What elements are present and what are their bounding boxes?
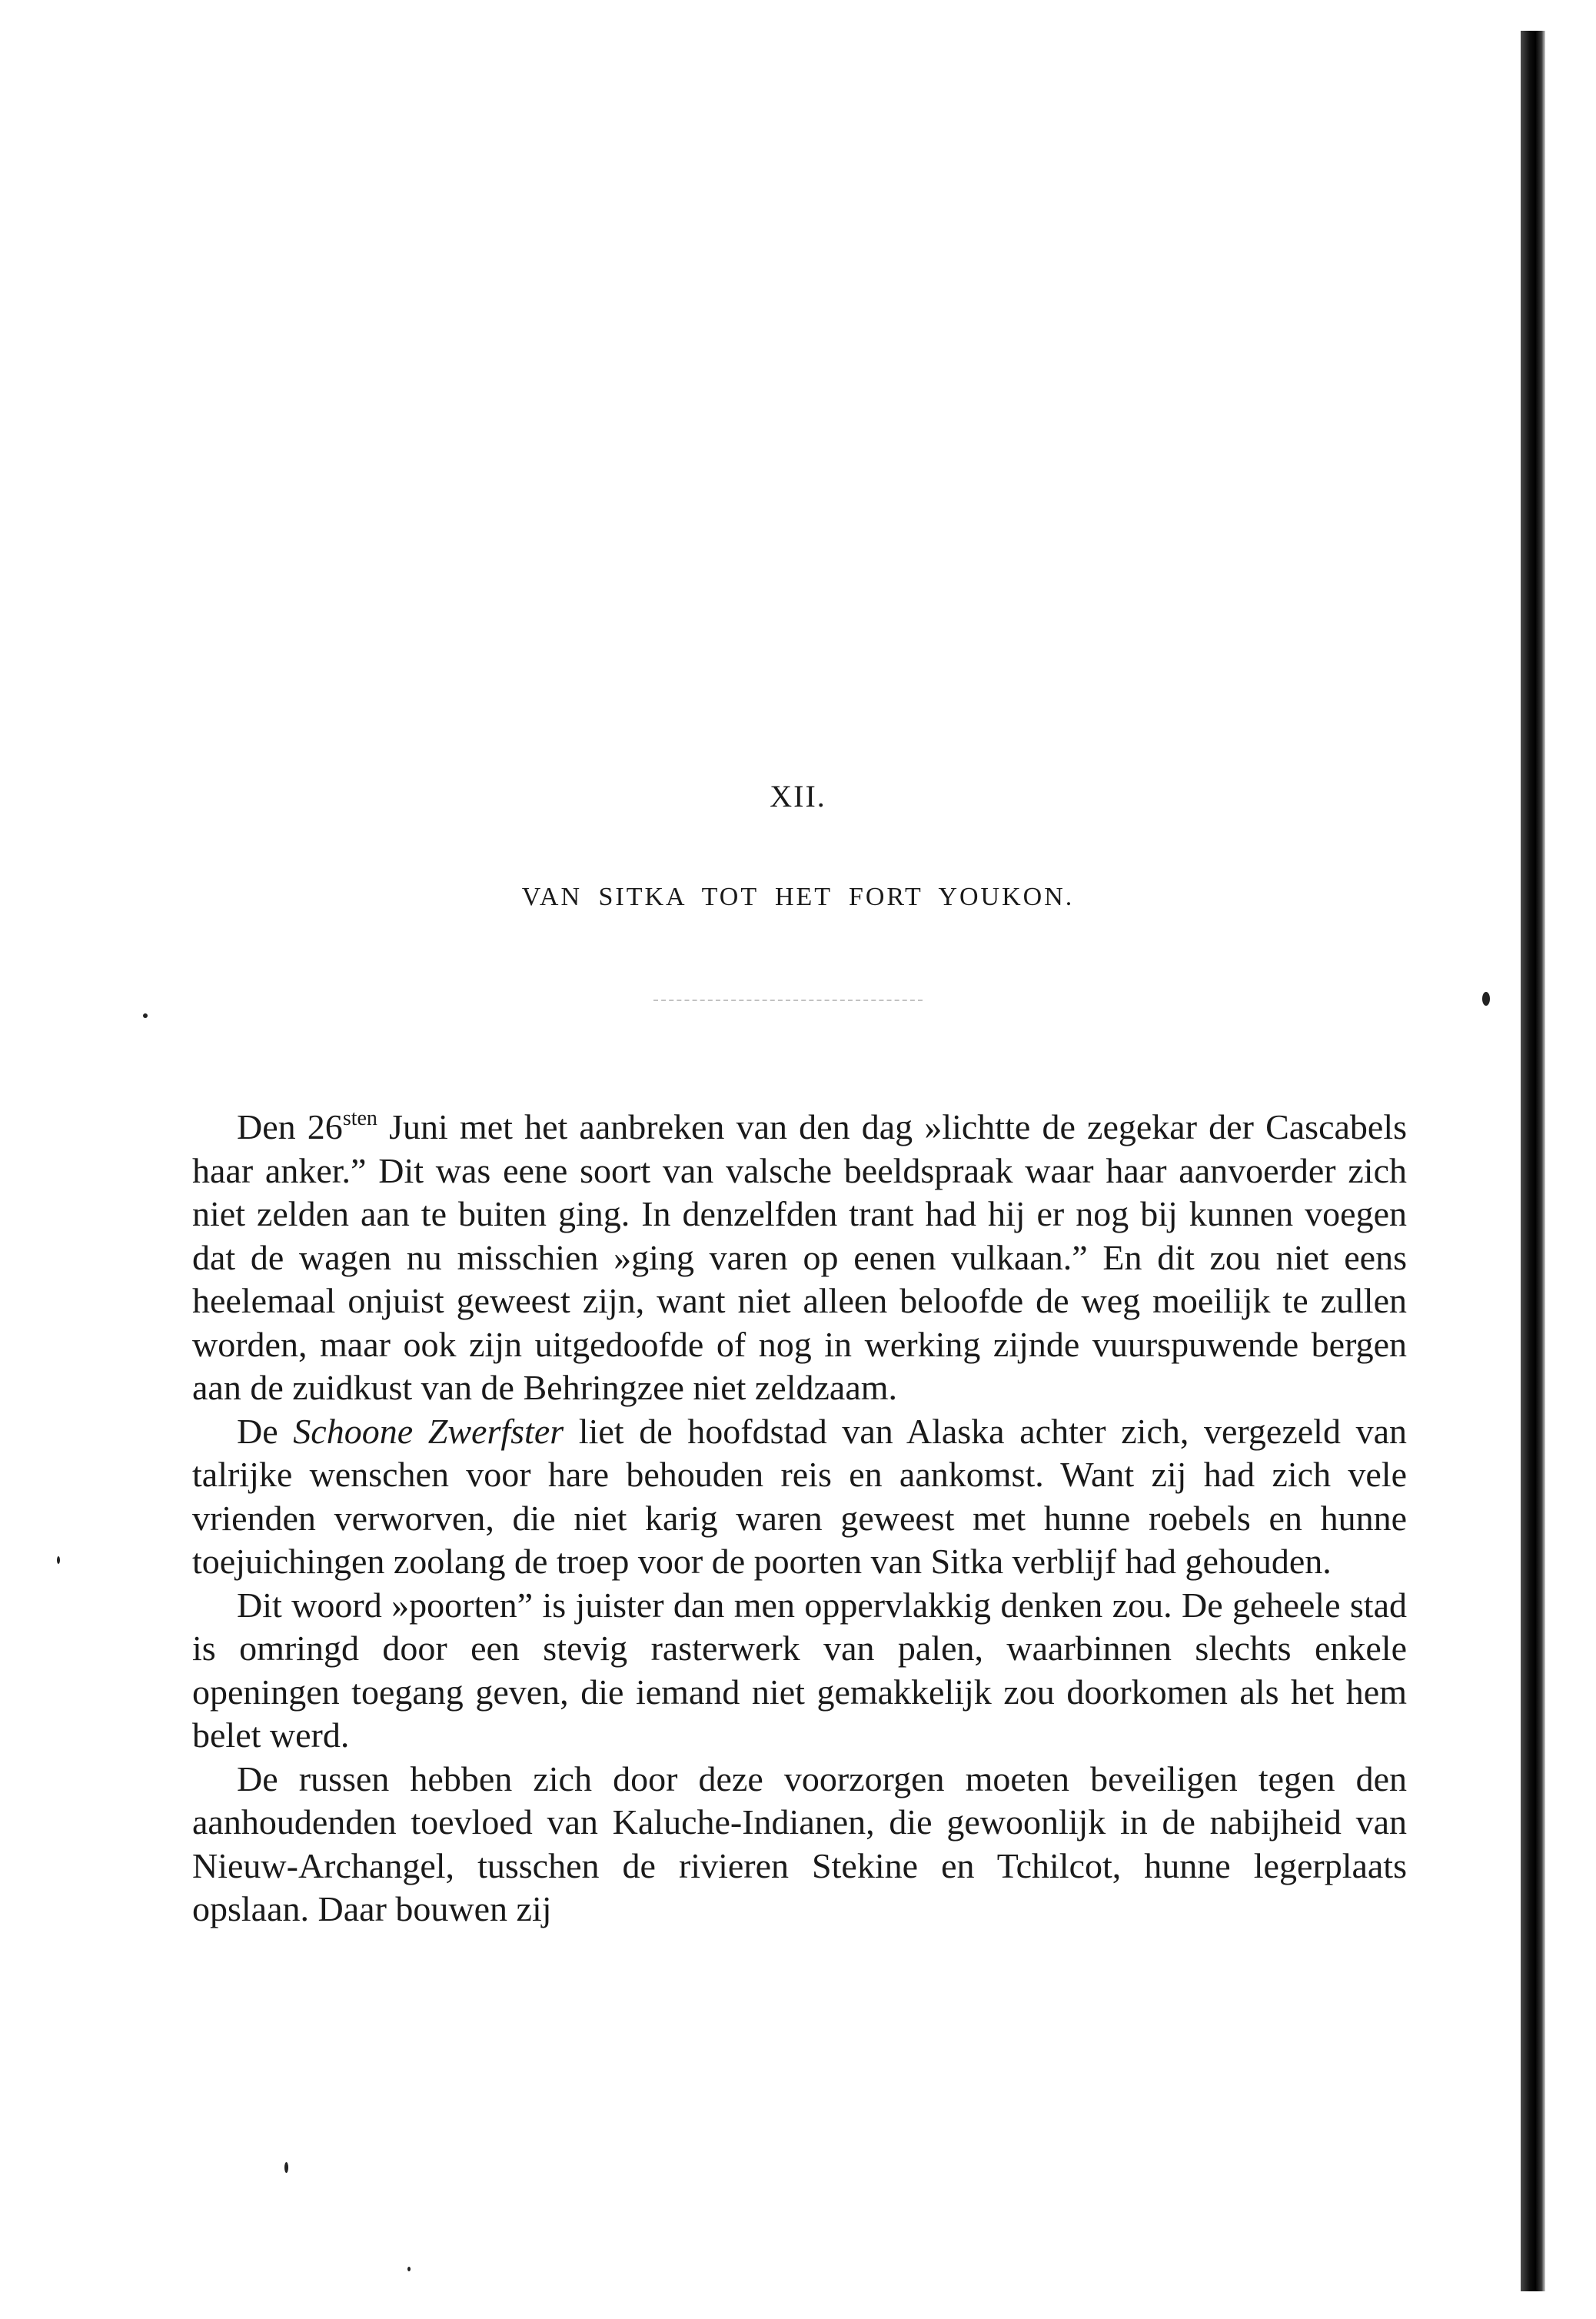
paragraph-1-text-rest: Juni met het aanbreken van den dag »lich… (192, 1107, 1407, 1407)
ship-name-italic: Schoone Zwerfster (293, 1412, 564, 1451)
chapter-separator-rule (653, 1000, 923, 1001)
scan-speck (407, 2267, 411, 2271)
paragraph-3: Dit woord »poorten” is juister dan men o… (192, 1584, 1407, 1758)
paragraph-2-text-start: De (237, 1412, 293, 1451)
chapter-number: XII. (0, 778, 1596, 814)
scan-binding-edge-shadow (1521, 31, 1545, 2291)
paragraph-1: Den 26sten Juni met het aanbreken van de… (192, 1106, 1407, 1410)
scanned-book-page: XII. VAN SITKA TOT HET FORT YOUKON. Den … (0, 0, 1596, 2319)
scan-speck (57, 1556, 60, 1564)
chapter-body: Den 26sten Juni met het aanbreken van de… (192, 1106, 1407, 1931)
paragraph-4: De russen hebben zich door deze voorzorg… (192, 1758, 1407, 1931)
scan-speck (1482, 992, 1490, 1006)
ordinal-superscript: sten (343, 1106, 377, 1130)
chapter-title: VAN SITKA TOT HET FORT YOUKON. (0, 883, 1596, 912)
scan-speck (143, 1013, 148, 1018)
scan-speck (284, 2162, 288, 2173)
paragraph-1-text-start: Den 26 (237, 1107, 343, 1146)
paragraph-2: De Schoone Zwerfster liet de hoofdstad v… (192, 1410, 1407, 1584)
